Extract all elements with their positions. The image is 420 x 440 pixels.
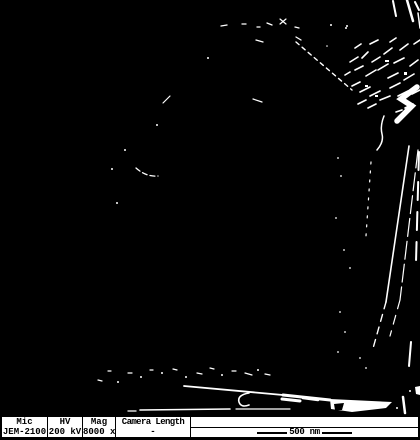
info-cell-mic: Mic JEM-2100 <box>2 417 48 437</box>
scale-bar-line-right <box>322 432 352 434</box>
mag-label: Mag <box>83 417 115 427</box>
scale-bar-cell: 500 nm <box>191 417 418 437</box>
info-bar: Mic JEM-2100 HV 200 kV Mag 8000 x Camera… <box>0 415 420 440</box>
micrograph-features <box>0 0 420 415</box>
info-cell-mag: Mag 8000 x <box>83 417 116 437</box>
mic-value: JEM-2100 <box>2 427 47 437</box>
scale-bar: 500 nm <box>191 428 418 437</box>
mag-value: 8000 x <box>83 427 115 437</box>
scale-bar-label: 500 nm <box>289 428 320 437</box>
tem-screenshot: Mic JEM-2100 HV 200 kV Mag 8000 x Camera… <box>0 0 420 440</box>
scale-bar-line-left <box>257 432 287 434</box>
micrograph-image <box>0 0 420 415</box>
hv-label: HV <box>48 417 82 427</box>
camera-length-label: Camera Length <box>116 417 190 427</box>
info-cell-camera-length: Camera Length - <box>116 417 191 437</box>
hv-value: 200 kV <box>48 427 82 437</box>
mic-label: Mic <box>2 417 47 427</box>
camera-length-value: - <box>116 427 190 437</box>
info-cell-hv: HV 200 kV <box>48 417 83 437</box>
